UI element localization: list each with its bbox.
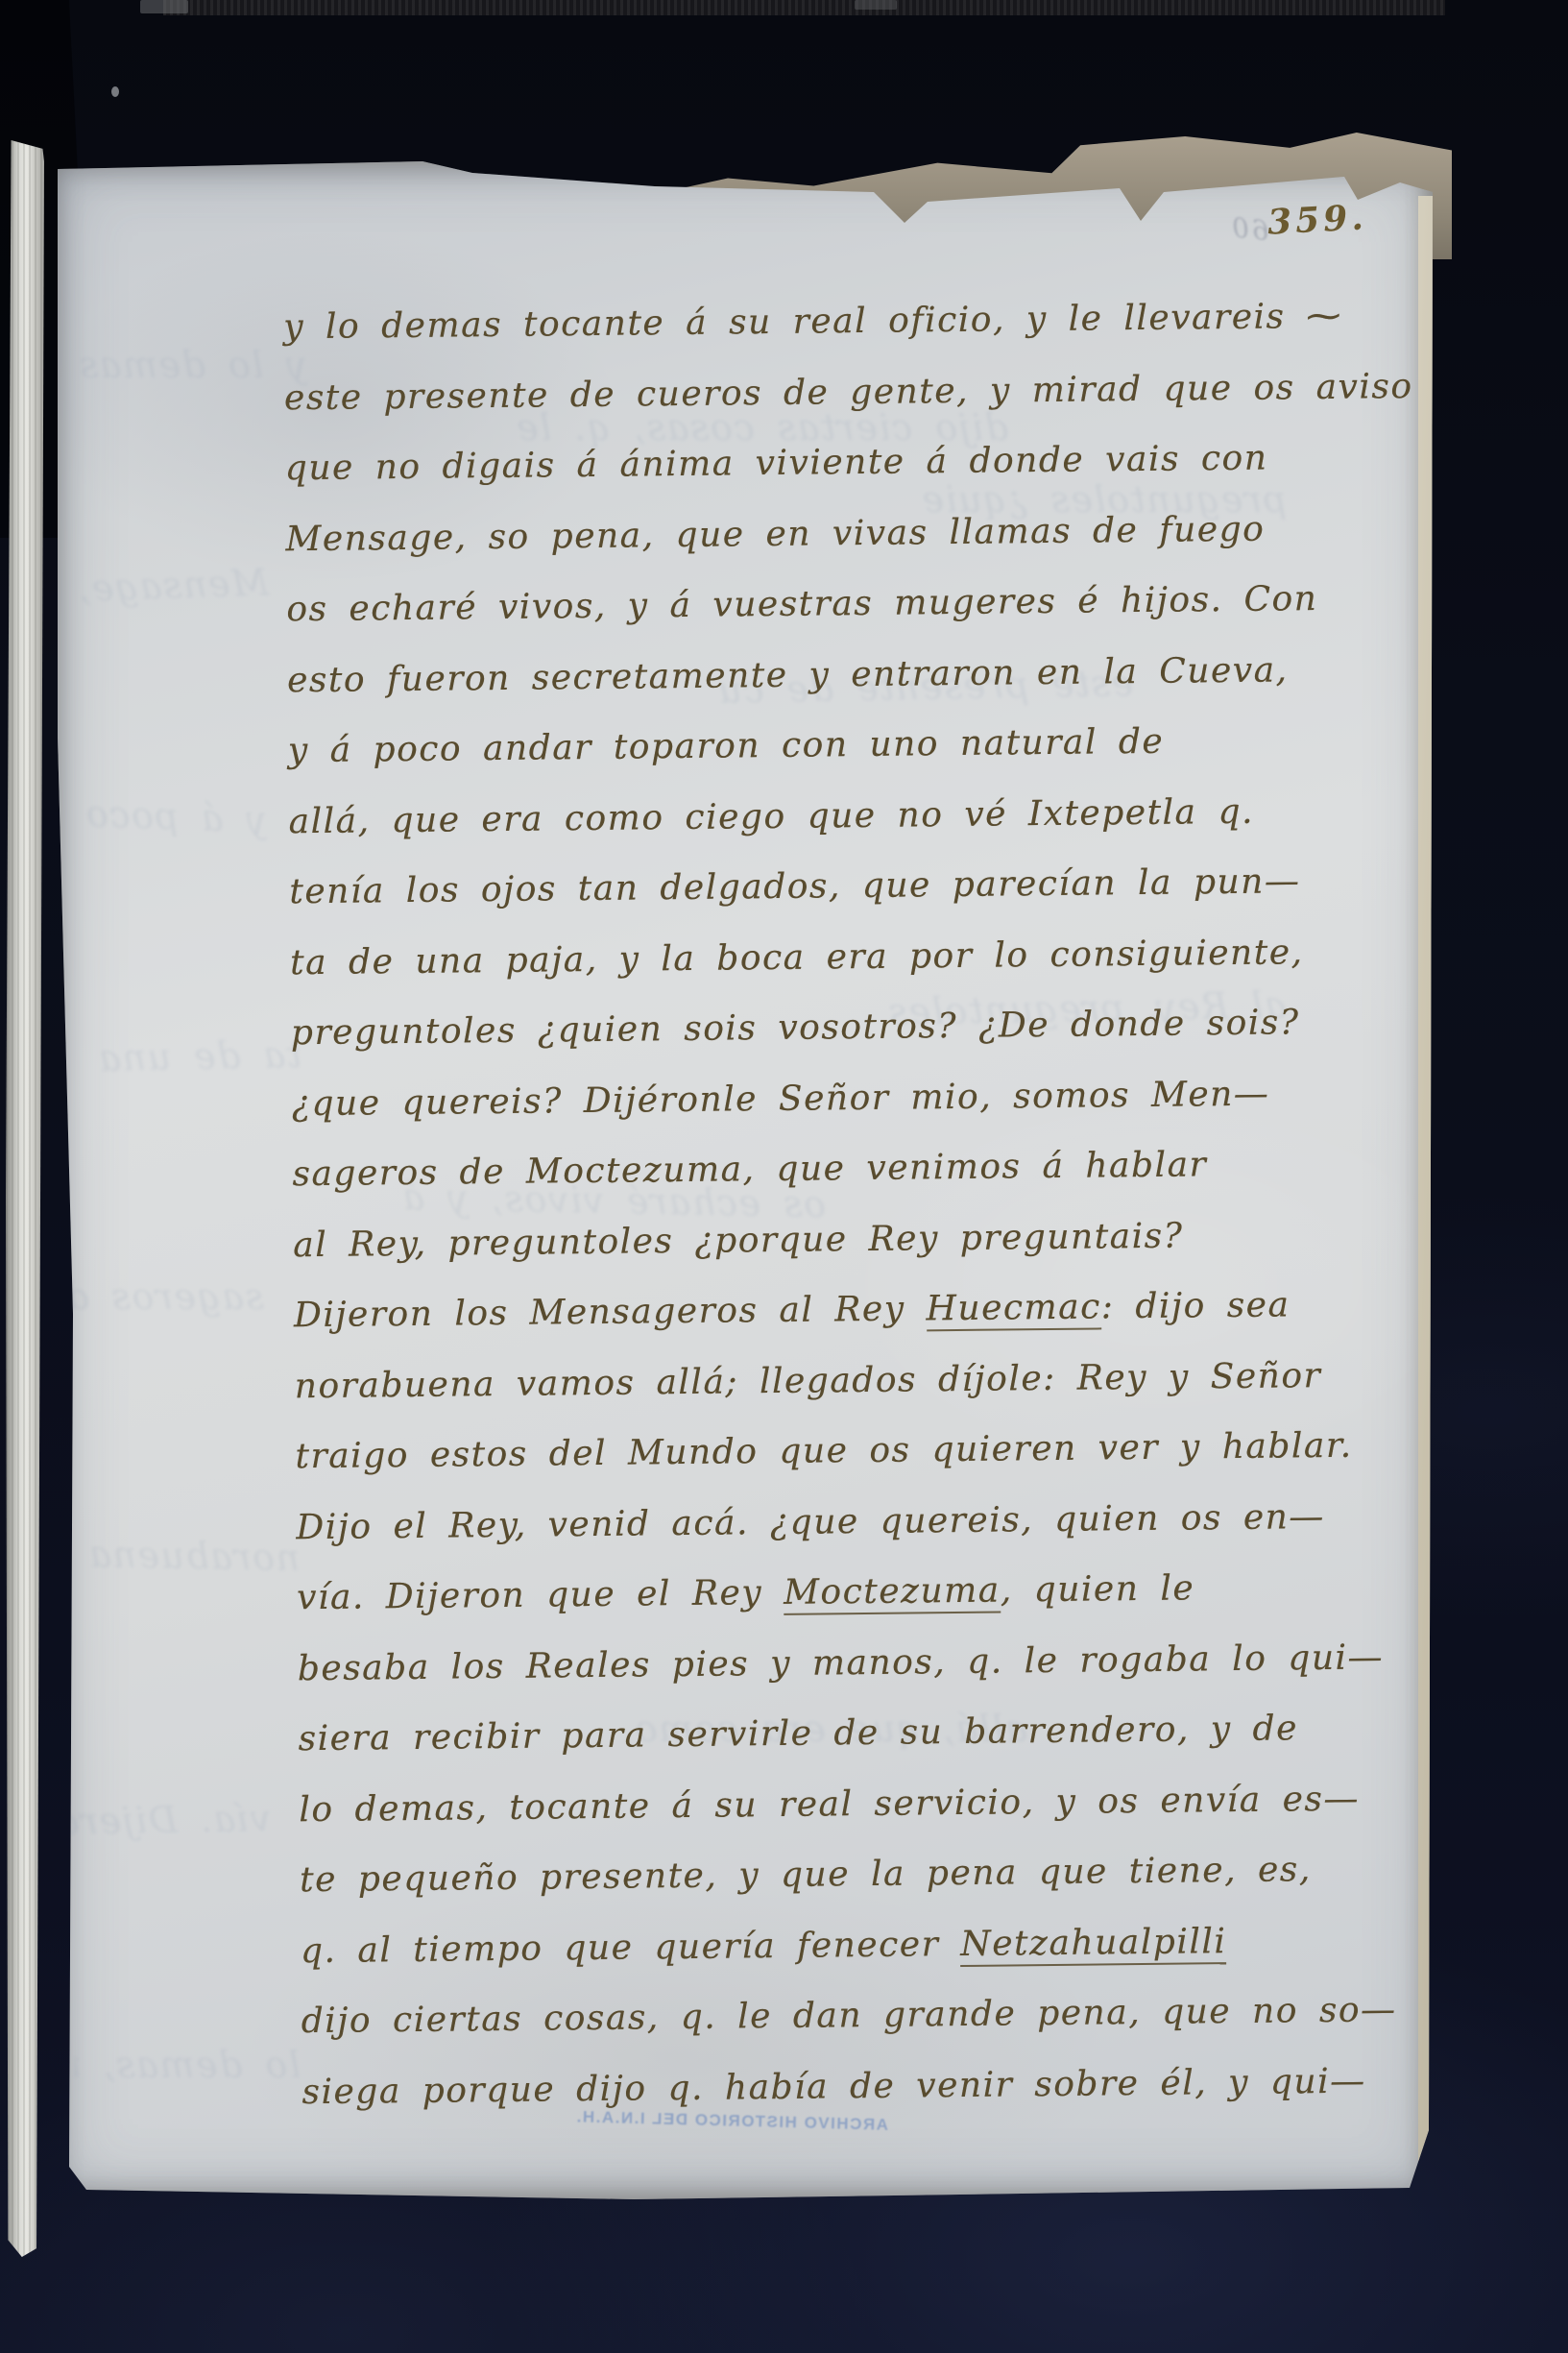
ink-show-through: y lo demas tocante á su real oficio, y l…: [67, 344, 307, 394]
ink-show-through: Mensage, so pena, que en vivas llamas de…: [57, 561, 270, 619]
manuscript-line-18: Dijo el Rey, venid acá. ¿que quereis, qu…: [296, 1495, 1439, 1578]
top-edge-mark: [855, 0, 897, 10]
manuscript-line-19: vía. Dijeron que el Rey Moctezuma, quien…: [297, 1566, 1440, 1649]
ink-show-through: ta de una paja, y la boca era por lo con…: [81, 1033, 302, 1087]
manuscript-line-11: preguntoles ¿quien sois vosotros? ¿De do…: [291, 1002, 1435, 1084]
ink-show-through: vía. Dijeron que el Rey Moctezuma, quien…: [60, 1797, 272, 1851]
manuscript-line-21: siera recibir para servirle de su barren…: [298, 1708, 1441, 1790]
manuscript-line-22: lo demas, tocante á su real servicio, y …: [299, 1778, 1442, 1860]
manuscript-line-13: sageros de Moctezuma, que venimos á habl…: [292, 1143, 1435, 1225]
manuscript-line-5: os echaré vivos, y á vuestras mugeres é …: [286, 578, 1430, 661]
manuscript-line-16: norabuena vamos allá; llegados díjole: R…: [295, 1354, 1438, 1437]
manuscript-line-7: y á poco andar toparon con uno natural d…: [288, 719, 1432, 802]
manuscript-line-3: que no digais á ánima viviente á donde v…: [285, 437, 1429, 520]
manuscript-line-15: Dijeron los Mensageros al Rey Huecmac: d…: [294, 1284, 1437, 1367]
manuscript-line-6: esto fueron secretamente y entraron en l…: [287, 648, 1431, 731]
underlined-name: Netzahualpilli: [960, 1922, 1227, 1967]
ink-show-through: y á poco andar toparon con uno natural d…: [64, 791, 268, 848]
top-edge-mark: [140, 0, 188, 13]
manuscript-page: y lo demas tocante á su real oficio, y l…: [58, 161, 1433, 2199]
manuscript-line-4: Mensage, so pena, que en vivas llamas de…: [285, 507, 1429, 590]
manuscript-text: y lo demas tocante á su real oficio, y l…: [283, 296, 1445, 2143]
manuscript-line-25: dijo ciertas cosas, q. le dan grande pen…: [301, 1990, 1444, 2073]
manuscript-line-24: q. al tiempo que quería fenecer Netzahua…: [301, 1919, 1444, 2001]
ink-show-through: lo demas, tocante á su real servicio, y …: [75, 2044, 301, 2094]
book-top-edge: [163, 0, 1445, 15]
manuscript-line-23: te pequeño presente, y que la pena que t…: [300, 1849, 1443, 1931]
manuscript-line-2: este presente de cueros de gente, y mira…: [284, 366, 1428, 449]
page-number: 359.: [1266, 197, 1368, 242]
dust-speck: [111, 86, 119, 97]
manuscript-line-12: ¿que quereis? Dijéronle Señor mio, somos…: [291, 1072, 1435, 1154]
manuscript-line-14: al Rey, preguntoles ¿porque Rey pregunta…: [293, 1213, 1436, 1296]
manuscript-line-8: allá, que era como ciego que no vé Ixtep…: [288, 789, 1432, 872]
manuscript-line-1: y lo demas tocante á su real oficio, y l…: [283, 296, 1427, 378]
ink-show-through: norabuena vamos allá; llegados díjole: R…: [69, 1533, 301, 1587]
ink-show-through: sageros de Moctezuma, que venimos á habl…: [58, 1275, 264, 1325]
ghost-page-number: 60: [1228, 211, 1271, 247]
book-fore-edge-pages: [6, 140, 44, 2257]
manuscript-line-20: besaba los Reales pies y manos, q. le ro…: [298, 1637, 1441, 1719]
photo-background: y lo demas tocante á su real oficio, y l…: [0, 0, 1568, 2353]
manuscript-line-10: ta de una paja, y la boca era por lo con…: [290, 931, 1434, 1013]
underlined-name: Huecmac: [926, 1287, 1101, 1331]
manuscript-line-9: tenía los ojos tan delgados, que parecía…: [289, 861, 1433, 943]
underlined-name: Moctezuma: [784, 1571, 1001, 1615]
manuscript-line-17: traigo estos del Mundo que os quieren ve…: [295, 1425, 1438, 1508]
